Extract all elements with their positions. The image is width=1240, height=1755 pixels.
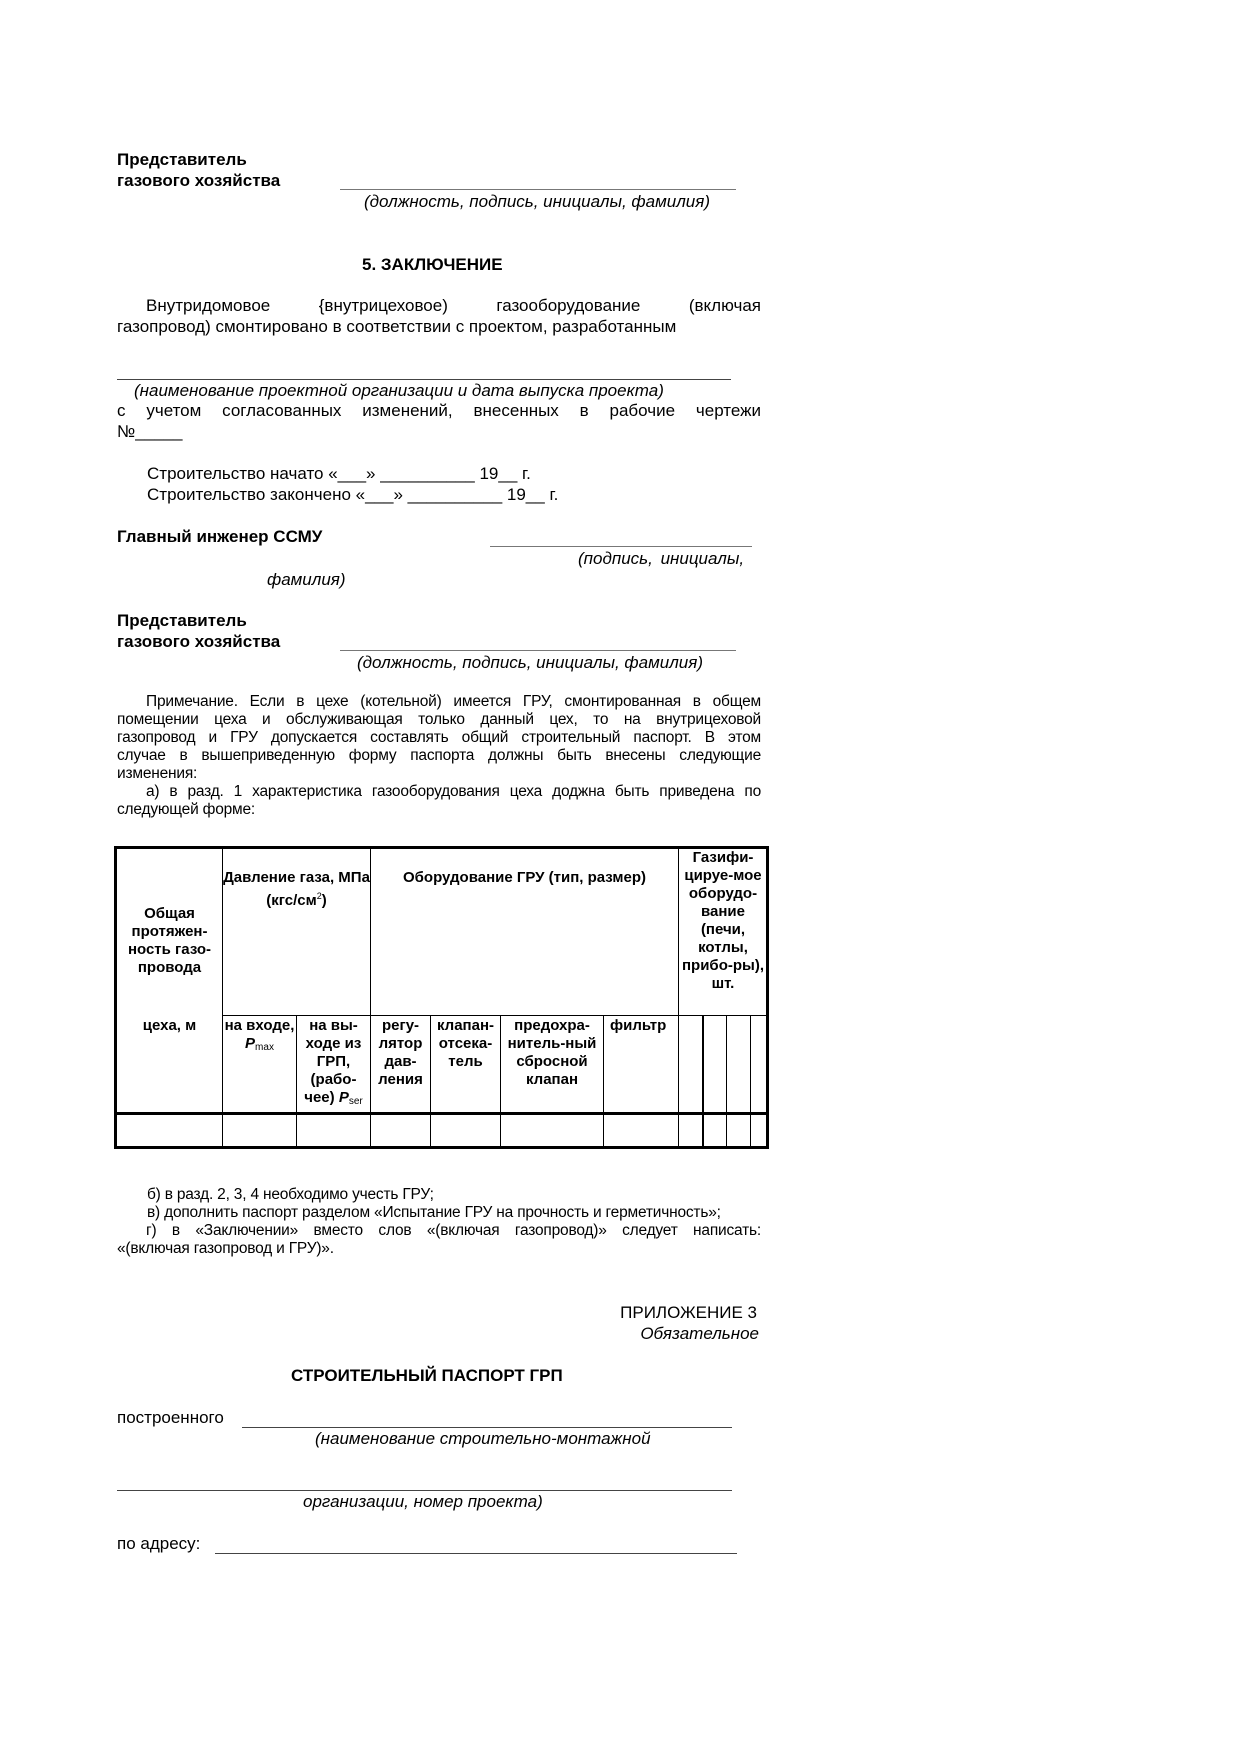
table-divider xyxy=(222,1015,766,1016)
table-row[interactable] xyxy=(117,1115,766,1146)
built-by-line[interactable] xyxy=(242,1427,732,1428)
signature-caption-1: (должность, подпись, инициалы, фамилия) xyxy=(364,192,710,212)
signature-line-2[interactable] xyxy=(340,650,736,651)
header-gas-pressure: Давление газа, МПа (кгс/см2) xyxy=(223,869,370,910)
appendix-mandatory: Обязательное xyxy=(640,1324,759,1344)
header-filter: фильтр xyxy=(604,1017,678,1035)
address-line[interactable] xyxy=(215,1553,737,1554)
signature-caption-2: (должность, подпись, инициалы, фамилия) xyxy=(357,653,703,673)
list-item-g-cont: «(включая газопровод и ГРУ)». xyxy=(117,1240,334,1258)
drawings-number[interactable]: №_____ xyxy=(117,422,183,442)
header-total-length: Общая протяжен-ность газо-провода xyxy=(117,905,222,977)
construction-end[interactable]: Строительство закончено «___» __________… xyxy=(147,485,558,505)
note-line: а) в разд. 1 характеристика газооборудов… xyxy=(117,783,761,800)
design-org-line[interactable] xyxy=(117,379,731,380)
passport-title: СТРОИТЕЛЬНЫЙ ПАСПОРТ ГРП xyxy=(291,1366,563,1386)
gas-representative-label-2b: газового хозяйства xyxy=(117,632,280,652)
organization-caption: организации, номер проекта) xyxy=(303,1492,543,1512)
construction-start[interactable]: Строительство начато «___» __________ 19… xyxy=(147,464,531,484)
note-line: следующей форме: xyxy=(117,801,255,819)
gas-representative-label-1: Представитель xyxy=(117,150,247,170)
address-label: по адресу: xyxy=(117,1534,200,1554)
note-line: изменения: xyxy=(117,765,197,783)
header-shutoff-valve: клапан-отсека-тель xyxy=(431,1017,500,1071)
grp-characteristics-table: Общая протяжен-ность газо-провода цеха, … xyxy=(114,846,769,1149)
chief-engineer-caption-2: фамилия) xyxy=(267,570,346,590)
list-item-g: г) в «Заключении» вместо слов «(включая … xyxy=(117,1222,761,1239)
built-by-label: построенного xyxy=(117,1408,224,1428)
table-divider xyxy=(370,849,371,1146)
list-item-v: в) дополнить паспорт разделом «Испытание… xyxy=(147,1204,721,1222)
built-by-caption: (наименование строительно-монтажной xyxy=(315,1429,651,1449)
note-line: помещении цеха и обслуживающая только да… xyxy=(117,711,761,729)
header-pressure-regulator: регу-лятор дав-ления xyxy=(371,1017,430,1089)
gas-representative-label-1b: газового хозяйства xyxy=(117,171,280,191)
appendix-number: ПРИЛОЖЕНИЕ 3 xyxy=(620,1303,757,1323)
signature-line-1[interactable] xyxy=(340,189,736,190)
design-org-caption: (наименование проектной организации и да… xyxy=(134,381,664,401)
conclusion-para-line2: газопровод) смонтировано в соответствии … xyxy=(117,317,676,337)
conclusion-para-line1: Внутридомовое {внутрицеховое) газооборуд… xyxy=(117,296,761,316)
changes-line1: с учетом согласованных изменений, внесен… xyxy=(117,401,761,421)
header-grp-equipment: Оборудование ГРУ (тип, размер) xyxy=(371,869,678,887)
conclusion-title: 5. ЗАКЛЮЧЕНИЕ xyxy=(362,255,503,275)
chief-engineer-caption: (подпись, инициалы, xyxy=(578,549,744,569)
note-line: Примечание. Если в цехе (котельной) имее… xyxy=(117,693,761,710)
header-total-length-unit: цеха, м xyxy=(117,1017,222,1035)
header-relief-valve: предохра-нитель-ный сбросной клапан xyxy=(501,1017,603,1089)
list-item-b: б) в разд. 2, 3, 4 необходимо учесть ГРУ… xyxy=(147,1186,434,1204)
note-line: газопровод и ГРУ допускается составлять … xyxy=(117,729,761,747)
chief-engineer-signature-line[interactable] xyxy=(490,546,752,547)
header-pressure-outlet: на вы-ходе из ГРП, (рабо-чее) Pser xyxy=(297,1017,370,1109)
organization-line[interactable] xyxy=(117,1490,732,1491)
note-line: случае в вышеприведенную форму паспорта … xyxy=(117,747,761,765)
header-pressure-inlet: на входе,Pmax xyxy=(223,1017,296,1055)
header-gasified-equipment: Газифи-цируе-мое оборудо-вание (печи, ко… xyxy=(679,849,767,993)
chief-engineer-label: Главный инженер ССМУ xyxy=(117,527,322,547)
gas-representative-label-2: Представитель xyxy=(117,611,247,631)
